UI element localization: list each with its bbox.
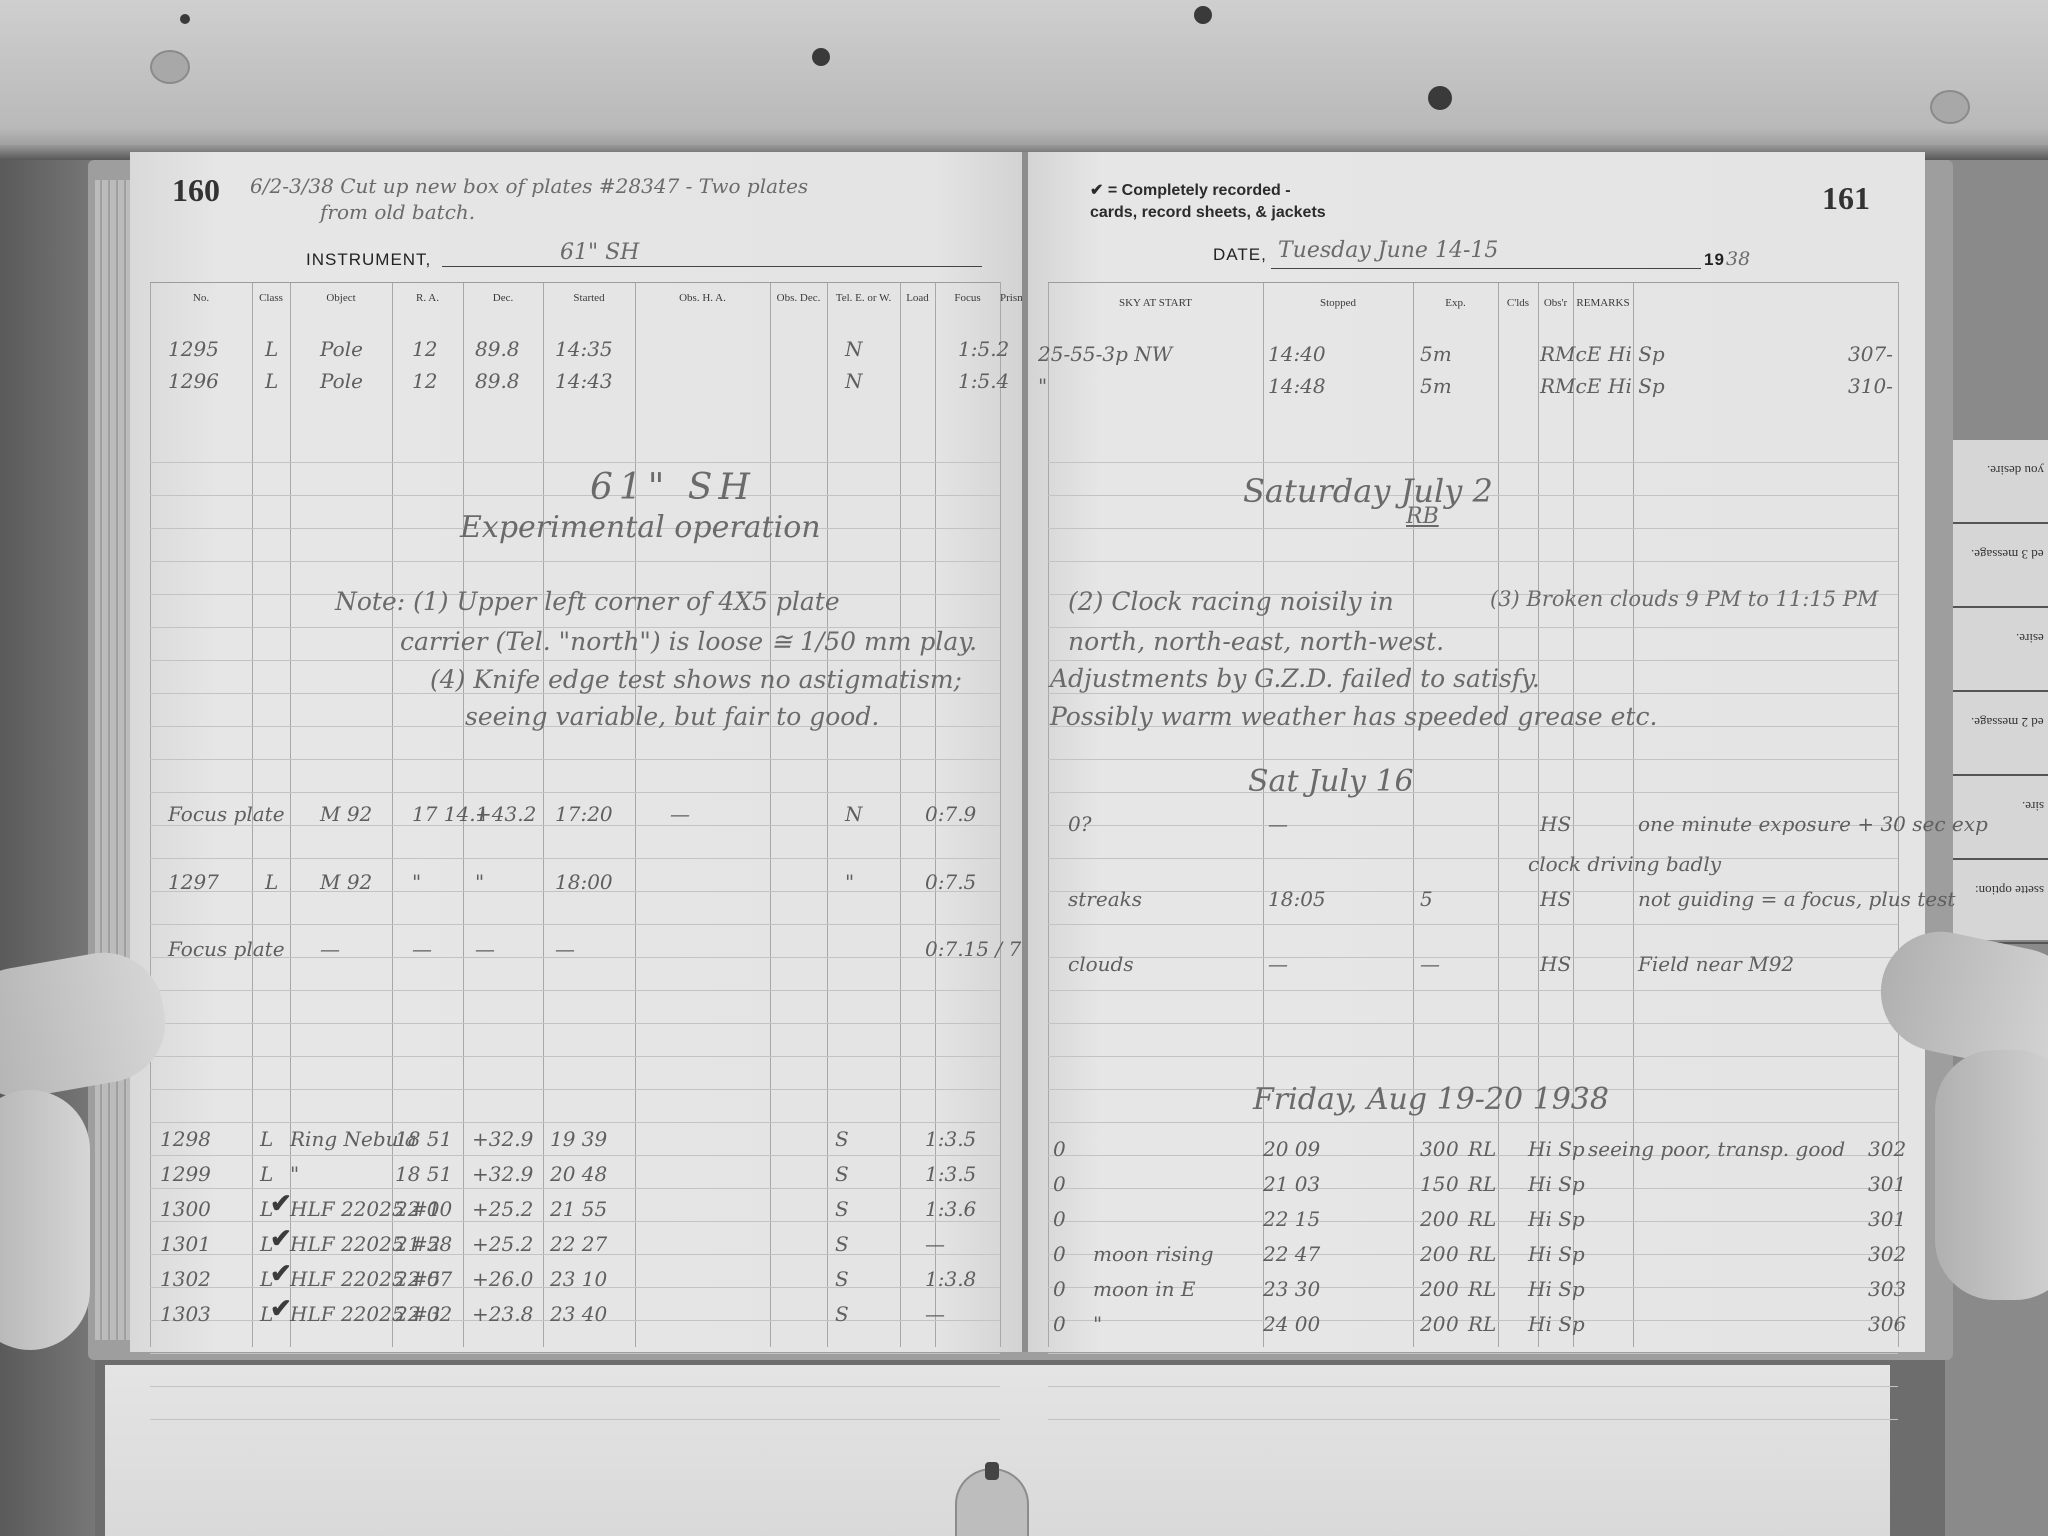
cell-sky: clouds	[1068, 952, 1134, 976]
stamp-line: ✔ = Completely recorded -	[1090, 180, 1291, 200]
cell-obsr: HS	[1540, 887, 1571, 911]
cell-plate: 307-	[1848, 342, 1893, 366]
cell-sky: 0	[1053, 1137, 1066, 1161]
cell-plate: 303	[1868, 1277, 1906, 1301]
cell-exp: —	[1420, 952, 1440, 976]
underline	[1271, 268, 1701, 269]
grid-line	[1000, 282, 1001, 1347]
cell-remarks: Hi Sp	[1528, 1277, 1585, 1301]
form-text: sire.	[2022, 798, 2044, 814]
cell-started: 22 27	[550, 1232, 607, 1256]
grid-line	[150, 1155, 1000, 1156]
cell-plate: 301	[1868, 1172, 1906, 1196]
cell-ra: 22 00	[395, 1197, 452, 1221]
cell-exp: 20	[1420, 1207, 1445, 1231]
cell-focus: —	[925, 1232, 945, 1256]
grid-line	[1048, 693, 1898, 694]
cell-tel: S	[835, 1127, 849, 1151]
cell-obsr: RL	[1468, 1172, 1496, 1196]
cell-class: L	[265, 337, 278, 361]
column-header: Stopped	[1263, 297, 1413, 309]
date-value: Tuesday June 14-15	[1278, 238, 1498, 263]
stamp-line: cards, record sheets, & jackets	[1090, 204, 1326, 222]
year-prefix: 19	[1704, 250, 1725, 270]
cell-obsr: RL	[1468, 1312, 1496, 1336]
cell-tel: S	[835, 1302, 849, 1326]
year-suffix: 38	[1726, 248, 1750, 270]
grid-line	[150, 1089, 1000, 1090]
cell-tel: "	[845, 870, 854, 894]
cell-started: 19 39	[550, 1127, 607, 1151]
cell-obsr: RL	[1468, 1137, 1496, 1161]
cell-ra: 18 51	[395, 1162, 452, 1186]
cell-ra: 12	[412, 337, 437, 361]
cell-ra: 18 51	[395, 1127, 452, 1151]
grid-line	[150, 1221, 1000, 1222]
cell-remarks: Field near M92	[1638, 952, 1794, 976]
cell-started: 14:35	[555, 337, 613, 361]
grid-line	[150, 792, 1000, 793]
cell-started: 18:00	[555, 870, 613, 894]
cell-started: 21 55	[550, 1197, 607, 1221]
column-header: Started	[543, 292, 635, 304]
grid-line	[150, 660, 1000, 661]
cell-dec: 89.8	[475, 369, 520, 393]
cell-class: L	[260, 1162, 273, 1186]
cell-exp: 5m	[1420, 374, 1452, 398]
cell-object: Pole	[320, 337, 363, 361]
form-text: esire.	[2016, 630, 2044, 646]
cell-exp: 5	[1420, 887, 1433, 911]
cell-clds: 0	[1446, 1207, 1459, 1231]
column-header: REMARKS	[1573, 297, 1633, 309]
cell-focus: 1:5.2	[958, 337, 1009, 361]
cell-stopped: 22 47	[1263, 1242, 1320, 1266]
grid-line	[150, 990, 1000, 991]
cell-remarks: Hi Sp	[1528, 1242, 1585, 1266]
check-mark-icon: ✔	[270, 1224, 292, 1254]
grid-line	[1048, 1023, 1898, 1024]
column-header: Exp.	[1413, 297, 1498, 309]
cell-tel: S	[835, 1197, 849, 1221]
cell-no: 1303	[160, 1302, 211, 1326]
cell-focus: 0:7.5	[925, 870, 976, 894]
cell-obsr: RMcE	[1540, 374, 1601, 398]
grid-line	[1048, 561, 1898, 562]
cell-sky: streaks	[1068, 887, 1142, 911]
grid-line	[150, 282, 1000, 283]
cell-sky: 25-55-3p NW	[1038, 342, 1172, 366]
grid-line	[1048, 282, 1898, 283]
cell-no: 1299	[160, 1162, 211, 1186]
cell-remarks: Hi Sp	[1528, 1137, 1585, 1161]
cell-obs_ha: —	[670, 802, 690, 826]
column-header: Load	[900, 292, 935, 304]
note-4a: (4) Knife edge test shows no astigmatism…	[430, 665, 962, 694]
cell-remarks: Hi Sp	[1528, 1207, 1585, 1231]
column-header: Tel. E. or W.	[827, 292, 900, 304]
cell-dec: +32.9	[472, 1162, 533, 1186]
cell-clds: 0	[1446, 1312, 1459, 1336]
cell-remarks: not guiding = a focus, plus test	[1638, 887, 1955, 911]
cell-obsr: RL	[1468, 1242, 1496, 1266]
note-1a: Note: (1) Upper left corner of 4X5 plate	[335, 587, 840, 616]
column-header: C'lds	[1498, 297, 1538, 309]
cell-plate: 306	[1868, 1312, 1906, 1336]
grid-line	[1048, 924, 1898, 925]
cell-clds: 0	[1446, 1172, 1459, 1196]
cell-plate: 310-	[1848, 374, 1893, 398]
instrument-label: INSTRUMENT,	[306, 250, 431, 270]
cell-exp: 20	[1420, 1277, 1445, 1301]
check-mark-icon: ✔	[270, 1259, 292, 1289]
cell-ra: —	[412, 937, 432, 961]
cell-plate: 302	[1868, 1242, 1906, 1266]
cell-no: 1301	[160, 1232, 211, 1256]
note-4b: seeing variable, but fair to good.	[465, 702, 879, 731]
cell-remarks: Hi Sp	[1528, 1312, 1585, 1336]
cell-exp: 5m	[1420, 342, 1452, 366]
cell-no: Focus plate	[168, 802, 285, 826]
cell-started: 23 10	[550, 1267, 607, 1291]
wood-knot	[1428, 86, 1452, 110]
grid-line	[150, 1056, 1000, 1057]
cell-obsr: RL	[1468, 1277, 1496, 1301]
cell-sky: 0	[1053, 1207, 1066, 1231]
cell-no: 1300	[160, 1197, 211, 1221]
grid-line	[1048, 660, 1898, 661]
cell-focus: —	[925, 1302, 945, 1326]
cell-stopped: —	[1268, 812, 1288, 836]
grid-line	[1048, 462, 1898, 463]
initials: RB	[1406, 504, 1439, 529]
cell-remarks: Hi Sp	[1608, 342, 1665, 366]
header-note: 6/2-3/38 Cut up new box of plates #28347…	[250, 174, 808, 198]
form-text: you desire.	[1987, 462, 2044, 478]
grid-line	[1048, 990, 1898, 991]
cell-remarks: one minute exposure + 30 sec exp	[1638, 812, 1988, 836]
cell-focus: 0:7.9	[925, 802, 976, 826]
cell-ra: 12	[412, 369, 437, 393]
grid-line	[150, 1023, 1000, 1024]
section-title: 61" SH	[590, 467, 756, 508]
column-header: R. A.	[392, 292, 463, 304]
cell-stopped: 24 00	[1263, 1312, 1320, 1336]
nail	[1194, 6, 1212, 24]
right-page: 161 ✔ = Completely recorded - cards, rec…	[1028, 152, 1925, 1352]
cell-exp: 15	[1420, 1172, 1445, 1196]
cell-clds: 0	[1446, 1137, 1459, 1161]
cell-dec: +32.9	[472, 1127, 533, 1151]
cell-sky: 0	[1053, 1172, 1066, 1196]
grid-line	[150, 924, 1000, 925]
cell-sky: "	[1038, 374, 1047, 398]
cell-stopped: 21 03	[1263, 1172, 1320, 1196]
cell-no: 1298	[160, 1127, 211, 1151]
cell-dec: 89.8	[475, 337, 520, 361]
cell-obsr: HS	[1540, 952, 1571, 976]
cell-exp: 20	[1420, 1242, 1445, 1266]
cell-tel: S	[835, 1232, 849, 1256]
cell-dec: —	[475, 937, 495, 961]
cell-tel: N	[845, 802, 863, 826]
date-heading: Friday, Aug 19-20 1938	[1253, 1082, 1609, 1117]
cell-class: L	[265, 870, 278, 894]
note-3: (3) Broken clouds 9 PM to 11:15 PM	[1490, 587, 1878, 611]
cell-plate: 301	[1868, 1207, 1906, 1231]
check-mark-icon: ✔	[270, 1189, 292, 1219]
cell-no: 1297	[168, 870, 219, 894]
cell-obsr: HS	[1540, 812, 1571, 836]
cell-dec: +43.2	[475, 802, 536, 826]
cell-clds: 0	[1446, 1242, 1459, 1266]
column-header: Focus	[935, 292, 1000, 304]
cell-dec: +25.2	[472, 1197, 533, 1221]
cell-exp: 30	[1420, 1137, 1445, 1161]
side-paper-form: you desire. ed 3 message. esire. ed 2 me…	[1952, 440, 2048, 940]
cell-object: M 92	[320, 870, 372, 894]
cell-dec: "	[475, 870, 484, 894]
nail	[180, 14, 190, 24]
cell-started: 23 40	[550, 1302, 607, 1326]
cell-dec: +23.8	[472, 1302, 533, 1326]
header-note: from old batch.	[320, 200, 475, 224]
cell-tel: S	[835, 1162, 849, 1186]
grid-line	[150, 1386, 1000, 1387]
cell-remarks: Hi Sp	[1608, 374, 1665, 398]
cell-started: —	[555, 937, 575, 961]
page-edges	[95, 180, 133, 1340]
section-subtitle: Experimental operation	[460, 510, 821, 545]
grid-line	[1048, 858, 1898, 859]
grid-line	[150, 759, 1000, 760]
cell-stopped: 14:48	[1268, 374, 1326, 398]
grid-line	[150, 1419, 1000, 1420]
cell-focus: 1:3.6	[925, 1197, 976, 1221]
cell-sky: 0	[1053, 1277, 1066, 1301]
page-number: 161	[1822, 180, 1870, 217]
cell-ra: "	[412, 870, 421, 894]
page-number: 160	[172, 172, 220, 209]
cell-class: L	[260, 1127, 273, 1151]
column-header: Obs. Dec.	[770, 292, 827, 304]
cell-focus: 1:3.8	[925, 1267, 976, 1291]
cell-stopped: —	[1268, 952, 1288, 976]
cell-focus: 1:5.4	[958, 369, 1009, 393]
nail	[812, 48, 830, 66]
date-label: DATE,	[1213, 245, 1267, 265]
cell-exp: 20	[1420, 1312, 1445, 1336]
column-header: No.	[150, 292, 252, 304]
cell-started: 20 48	[550, 1162, 607, 1186]
cell-remarks: clock driving badly	[1528, 852, 1721, 876]
cell-ra: 22 02	[395, 1302, 452, 1326]
cell-sky: 0?	[1068, 812, 1091, 836]
cell-sky: 0	[1053, 1312, 1066, 1336]
column-header: Object	[290, 292, 392, 304]
wooden-shelf	[0, 0, 2048, 160]
cell-extra: seeing poor, transp. good	[1588, 1137, 1845, 1161]
form-text: ssette option:	[1975, 882, 2044, 898]
cell-plate: 302	[1868, 1137, 1906, 1161]
photo-scene: you desire. ed 3 message. esire. ed 2 me…	[0, 0, 2048, 1536]
check-mark-icon: ✔	[270, 1294, 292, 1324]
cell-class: L	[265, 369, 278, 393]
grid-line	[150, 462, 1000, 463]
cell-sky: 0	[1053, 1242, 1066, 1266]
grid-line	[1048, 1353, 1898, 1354]
grid-line	[1048, 528, 1898, 529]
date-heading: Saturday July 2	[1243, 472, 1493, 510]
cell-stopped: 23 30	[1263, 1277, 1320, 1301]
cell-tel: N	[845, 369, 863, 393]
wood-knot	[1930, 90, 1970, 124]
wood-knot	[150, 50, 190, 84]
cell-note: moon rising	[1093, 1242, 1214, 1266]
cell-object: —	[320, 937, 340, 961]
cell-no: 1296	[168, 369, 219, 393]
left-hand	[0, 1090, 90, 1350]
grid-line	[1048, 1386, 1898, 1387]
grid-line	[150, 1122, 1000, 1123]
cell-note: moon in E	[1093, 1277, 1196, 1301]
grid-line	[150, 561, 1000, 562]
cell-ra: 22 07	[395, 1267, 452, 1291]
cell-stopped: 18:05	[1268, 887, 1326, 911]
cell-remarks: Hi Sp	[1528, 1172, 1585, 1196]
cell-started: 14:43	[555, 369, 613, 393]
date-heading: Sat July 16	[1248, 764, 1414, 799]
cell-clds: 0	[1446, 1277, 1459, 1301]
cell-focus: 1:3.5	[925, 1162, 976, 1186]
column-header: Obs'r	[1538, 297, 1573, 309]
grid-line	[1048, 1122, 1898, 1123]
cell-no: 1302	[160, 1267, 211, 1291]
cell-focus: 1:3.5	[925, 1127, 976, 1151]
grid-line	[1048, 759, 1898, 760]
column-header: Class	[252, 292, 290, 304]
underline	[442, 266, 982, 267]
note-2c: Adjustments by G.Z.D. failed to satisfy.	[1050, 664, 1540, 693]
cell-obsr: RL	[1468, 1207, 1496, 1231]
column-header: SKY AT START	[1048, 297, 1263, 309]
note-1b: carrier (Tel. "north") is loose ≅ 1/50 m…	[400, 627, 977, 656]
cell-obsr: RMcE	[1540, 342, 1601, 366]
cell-dec: +25.2	[472, 1232, 533, 1256]
cell-ra: 21 58	[395, 1232, 452, 1256]
form-text: ed 3 message.	[1971, 546, 2044, 562]
cell-stopped: 22 15	[1263, 1207, 1320, 1231]
form-text: ed 2 message.	[1971, 714, 2044, 730]
right-hand	[1935, 1050, 2048, 1300]
cell-dec: +26.0	[472, 1267, 533, 1291]
cell-no: Focus plate	[168, 937, 285, 961]
cell-stopped: 14:40	[1268, 342, 1326, 366]
grid-line	[1048, 1056, 1898, 1057]
cell-note: "	[1093, 1312, 1102, 1336]
note-2b: north, north-east, north-west.	[1068, 627, 1444, 656]
grid-line	[150, 1353, 1000, 1354]
left-page: 160 6/2-3/38 Cut up new box of plates #2…	[130, 152, 1025, 1352]
grid-line	[1048, 1419, 1898, 1420]
cell-started: 17:20	[555, 802, 613, 826]
column-header: Dec.	[463, 292, 543, 304]
cell-no: 1295	[168, 337, 219, 361]
knob	[955, 1468, 1029, 1536]
grid-line	[150, 858, 1000, 859]
cell-object: M 92	[320, 802, 372, 826]
cell-tel: S	[835, 1267, 849, 1291]
grid-line	[1048, 792, 1898, 793]
cell-tel: N	[845, 337, 863, 361]
cell-object: "	[290, 1162, 299, 1186]
note-2a: (2) Clock racing noisily in	[1068, 587, 1394, 616]
cell-stopped: 20 09	[1263, 1137, 1320, 1161]
column-header: Obs. H. A.	[635, 292, 770, 304]
grid-line	[150, 495, 1000, 496]
cell-object: Pole	[320, 369, 363, 393]
instrument-value: 61" SH	[560, 240, 639, 265]
note-2d: Possibly warm weather has speeded grease…	[1050, 702, 1657, 731]
